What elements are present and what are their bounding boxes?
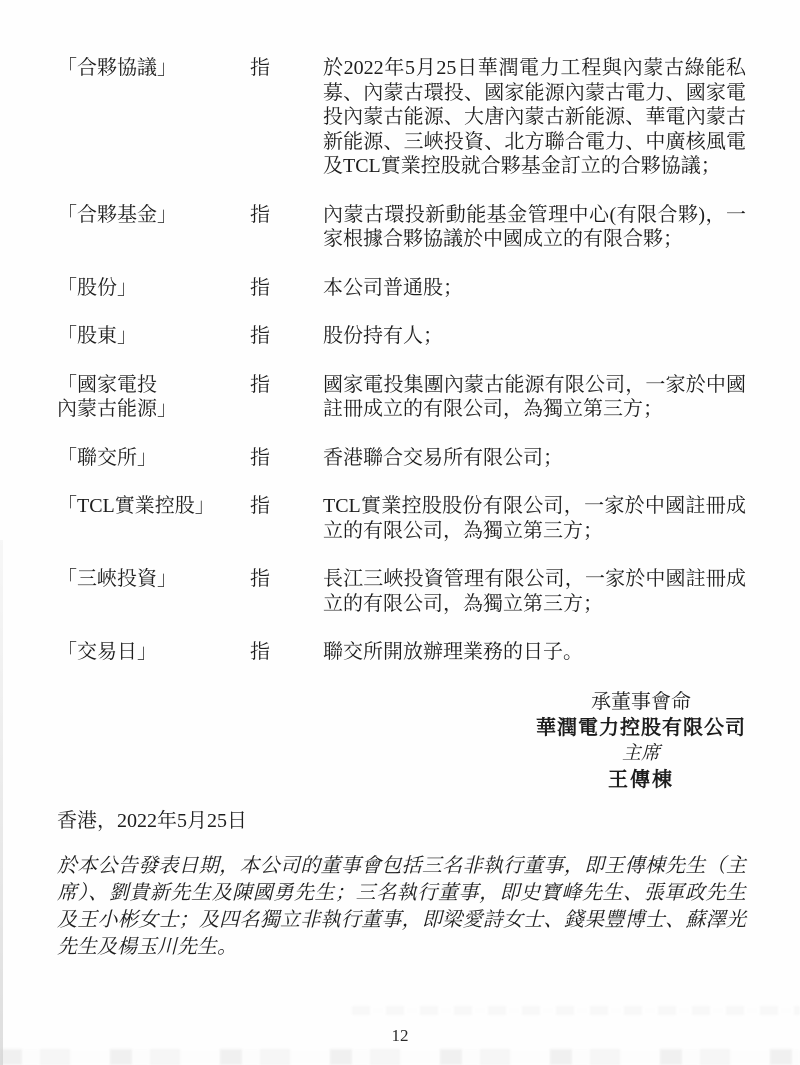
definition-row: 「國家電投 內蒙古能源」 指 國家電投集團內蒙古能源有限公司，一家於中國註冊成立… [57,373,746,422]
signatory-name: 王傳棟 [536,767,746,793]
definition-term: 「國家電投 內蒙古能源」 [57,373,250,422]
definition-indicator: 指 [250,56,323,81]
signature-block: 承董事會命 華潤電力控股有限公司 主席 王傳棟 [536,689,746,793]
definition-text: TCL實業控股股份有限公司，一家於中國註冊成立的有限公司，為獨立第三方； [323,494,746,543]
by-order-of-board: 承董事會命 [536,689,746,715]
definition-term: 「合夥協議」 [57,56,250,81]
signatory-title: 主席 [536,741,746,767]
definition-text: 聯交所開放辦理業務的日子。 [323,640,746,665]
definition-row: 「聯交所」 指 香港聯合交易所有限公司； [57,446,746,471]
definition-indicator: 指 [250,373,323,398]
definition-text: 內蒙古環投新動能基金管理中心(有限合夥)，一家根據合夥協議於中國成立的有限合夥； [323,203,746,252]
definition-row: 「合夥基金」 指 內蒙古環投新動能基金管理中心(有限合夥)，一家根據合夥協議於中… [57,203,746,252]
definition-text: 本公司普通股； [323,276,746,301]
definition-row: 「股份」 指 本公司普通股； [57,276,746,301]
scan-artifact [0,540,3,1065]
board-composition-note: 於本公告發表日期，本公司的董事會包括三名非執行董事，即王傳棟先生（主席）、劉貴新… [57,853,746,961]
definition-term: 「聯交所」 [57,446,250,471]
scan-artifact [0,1049,800,1065]
definition-term: 「交易日」 [57,640,250,665]
definition-indicator: 指 [250,640,323,665]
definition-text: 國家電投集團內蒙古能源有限公司，一家於中國註冊成立的有限公司，為獨立第三方； [323,373,746,422]
definition-term: 「TCL實業控股」 [57,494,250,519]
definition-text: 於2022年5月25日華潤電力工程與內蒙古綠能私募、內蒙古環投、國家能源內蒙古電… [323,56,746,179]
definition-text: 長江三峽投資管理有限公司，一家於中國註冊成立的有限公司，為獨立第三方； [323,567,746,616]
definition-row: 「三峽投資」 指 長江三峽投資管理有限公司，一家於中國註冊成立的有限公司，為獨立… [57,567,746,616]
definition-row: 「TCL實業控股」 指 TCL實業控股股份有限公司，一家於中國註冊成立的有限公司… [57,494,746,543]
definition-term: 「合夥基金」 [57,203,250,228]
definition-indicator: 指 [250,324,323,349]
definition-indicator: 指 [250,567,323,592]
definition-term: 「三峽投資」 [57,567,250,592]
definition-indicator: 指 [250,446,323,471]
announcement-page: 「合夥協議」 指 於2022年5月25日華潤電力工程與內蒙古綠能私募、內蒙古環投… [0,0,800,1065]
page-content: 「合夥協議」 指 於2022年5月25日華潤電力工程與內蒙古綠能私募、內蒙古環投… [0,0,800,961]
definition-row: 「股東」 指 股份持有人； [57,324,746,349]
definition-text: 香港聯合交易所有限公司； [323,446,746,471]
scan-artifact [352,1006,800,1015]
definition-term: 「股東」 [57,324,250,349]
definition-row: 「合夥協議」 指 於2022年5月25日華潤電力工程與內蒙古綠能私募、內蒙古環投… [57,56,746,179]
definition-row: 「交易日」 指 聯交所開放辦理業務的日子。 [57,640,746,665]
page-number: 12 [0,1026,800,1046]
definition-indicator: 指 [250,203,323,228]
dateline: 香港，2022年5月25日 [57,809,746,834]
definition-indicator: 指 [250,494,323,519]
company-name: 華潤電力控股有限公司 [536,715,746,741]
definition-text: 股份持有人； [323,324,746,349]
definition-term: 「股份」 [57,276,250,301]
definition-indicator: 指 [250,276,323,301]
